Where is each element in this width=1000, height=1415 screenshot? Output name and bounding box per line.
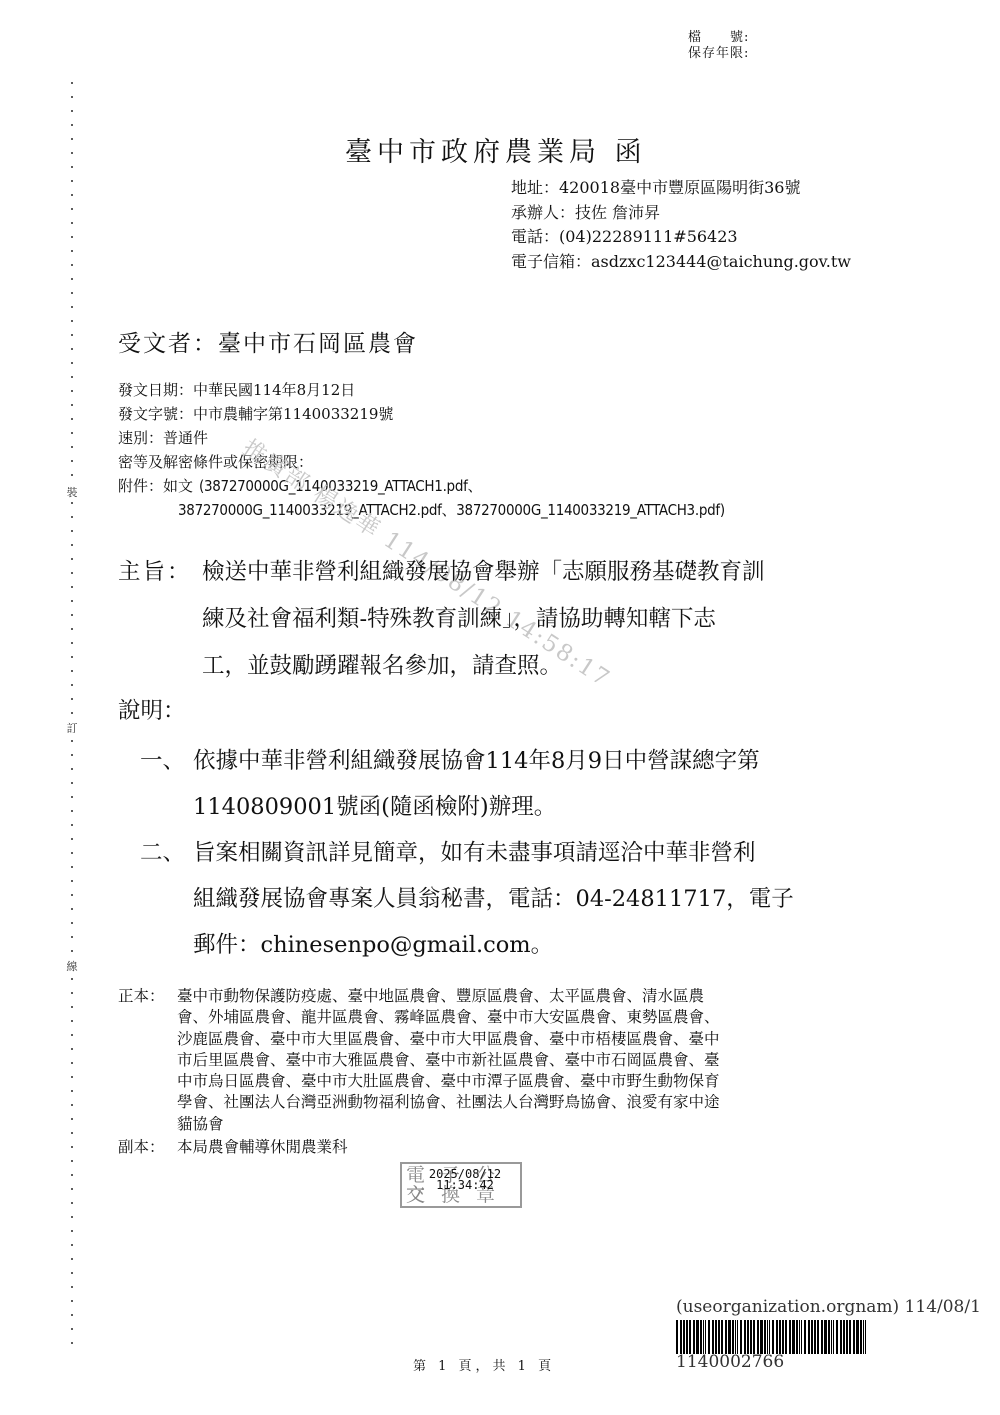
subject-line: 練及社會福利類-特殊教育訓練」，請協助轉知轄下志 [118,596,765,643]
stamp-datetime: 2025/08/12 11:34:42 [422,1169,508,1191]
copy-recipients-label: 副本： [118,1137,177,1158]
archive-info: 檔 號: 保存年限: [688,30,749,62]
attachment-files-2-3[interactable]: 387270000G_1140033219_ATTACH2.pdf、387270… [118,498,725,522]
explanation-line: 郵件：chinesenpo@gmail.com。 [140,922,794,968]
recipients-line: 貓協會 [118,1114,720,1135]
issue-date: 發文日期：中華民國114年8月12日 [118,378,725,402]
explanation-section: 一、依據中華非營利組織發展協會114年8月9日中營謀總字第 1140809001… [140,738,794,968]
electronic-exchange-stamp: 電子公文 交換章 2025/08/12 11:34:42 [400,1162,522,1208]
explanation-line: 1140809001號函(隨函檢附)辦理。 [140,784,794,830]
sender-contact: 承辦人：技佐 詹沛昇 [511,201,881,226]
explanation-label: 說明： [118,693,186,725]
attachments-label: 附件：如文 [118,474,193,498]
sender-phone: 電話：(04)22289111#56423 [511,225,881,250]
margin-label-line: 線 [64,960,80,974]
recipients-line: 中市烏日區農會、臺中市大肚區農會、臺中市潭子區農會、臺中市野生動物保育 [118,1071,720,1092]
margin-label-staple: 訂 [64,722,80,736]
item-number: 二、 [140,830,193,876]
subject-section: 主旨：檢送中華非營利組織發展協會舉辦「志願服務基礎教育訓 練及社會福利類-特殊教… [118,549,765,690]
sender-address: 地址：420018臺中市豐原區陽明街36號 [511,176,881,201]
recipients-line: 市后里區農會、臺中市大雅區農會、臺中市新社區農會、臺中市石岡區農會、臺 [118,1050,720,1071]
explanation-line: 組織發展協會專案人員翁秘書，電話：04-24811717，電子 [140,876,794,922]
document-number: 發文字號：中市農輔字第1140033219號 [118,402,725,426]
original-recipients-label: 正本： [118,986,177,1007]
sender-email: 電子信箱：asdzxc123444@taichung.gov.tw [511,250,881,275]
priority: 速別：普通件 [118,426,725,450]
subject-label: 主旨： [118,549,202,596]
recipients-line: 沙鹿區農會、臺中市大里區農會、臺中市大甲區農會、臺中市梧棲區農會、臺中 [118,1029,720,1050]
item-number: 一、 [140,738,193,784]
explanation-line: 旨案相關資訊詳見簡章，如有未盡事項請逕洽中華非營利 [193,840,756,866]
page-indicator: 第 1 頁，共 1 頁 [413,1355,555,1374]
sender-info: 地址：420018臺中市豐原區陽明街36號 承辦人：技佐 詹沛昇 電話：(04)… [511,176,881,274]
recipient: 受文者：臺中市石岡區農會 [118,325,418,358]
classification: 密等及解密條件或保密期限： [118,450,725,474]
retention-period-label: 保存年限: [688,46,749,62]
copy-recipient: 本局農會輔導休閒農業科 [177,1138,348,1156]
attachments: 附件：如文 (387270000G_1140033219_ATTACH1.pdf… [118,474,725,498]
binding-margin-dotted-line [71,76,73,1351]
document-meta: 發文日期：中華民國114年8月12日 發文字號：中市農輔字第1140033219… [118,378,725,522]
stamp-time: 11:34:42 [422,1180,508,1191]
recipients-line: 臺中市動物保護防疫處、臺中地區農會、豐原區農會、太平區農會、清水區農 [177,987,704,1005]
recipients-line: 會、外埔區農會、龍井區農會、霧峰區農會、臺中市大安區農會、東勢區農會、 [118,1007,720,1028]
footer-organization: (useorganization.orgnam) 114/08/1 [676,1297,981,1317]
file-number-label: 檔 號: [688,30,749,46]
barcode [676,1320,882,1354]
subject-line: 檢送中華非營利組織發展協會舉辦「志願服務基礎教育訓 [202,559,765,585]
recipients-line: 學會、社團法人台灣亞洲動物福利協會、社團法人台灣野鳥協會、浪愛有家中途 [118,1092,720,1113]
document-title: 臺中市政府農業局 函 [345,130,647,169]
explanation-line: 依據中華非營利組織發展協會114年8月9日中營謀總字第 [193,748,760,774]
barcode-number: 1140002766 [676,1352,784,1372]
subject-line: 工，並鼓勵踴躍報名參加，請查照。 [118,643,765,690]
margin-label-bind: 裝 [64,486,80,500]
distribution-list: 正本：臺中市動物保護防疫處、臺中地區農會、豐原區農會、太平區農會、清水區農 會、… [118,986,720,1158]
